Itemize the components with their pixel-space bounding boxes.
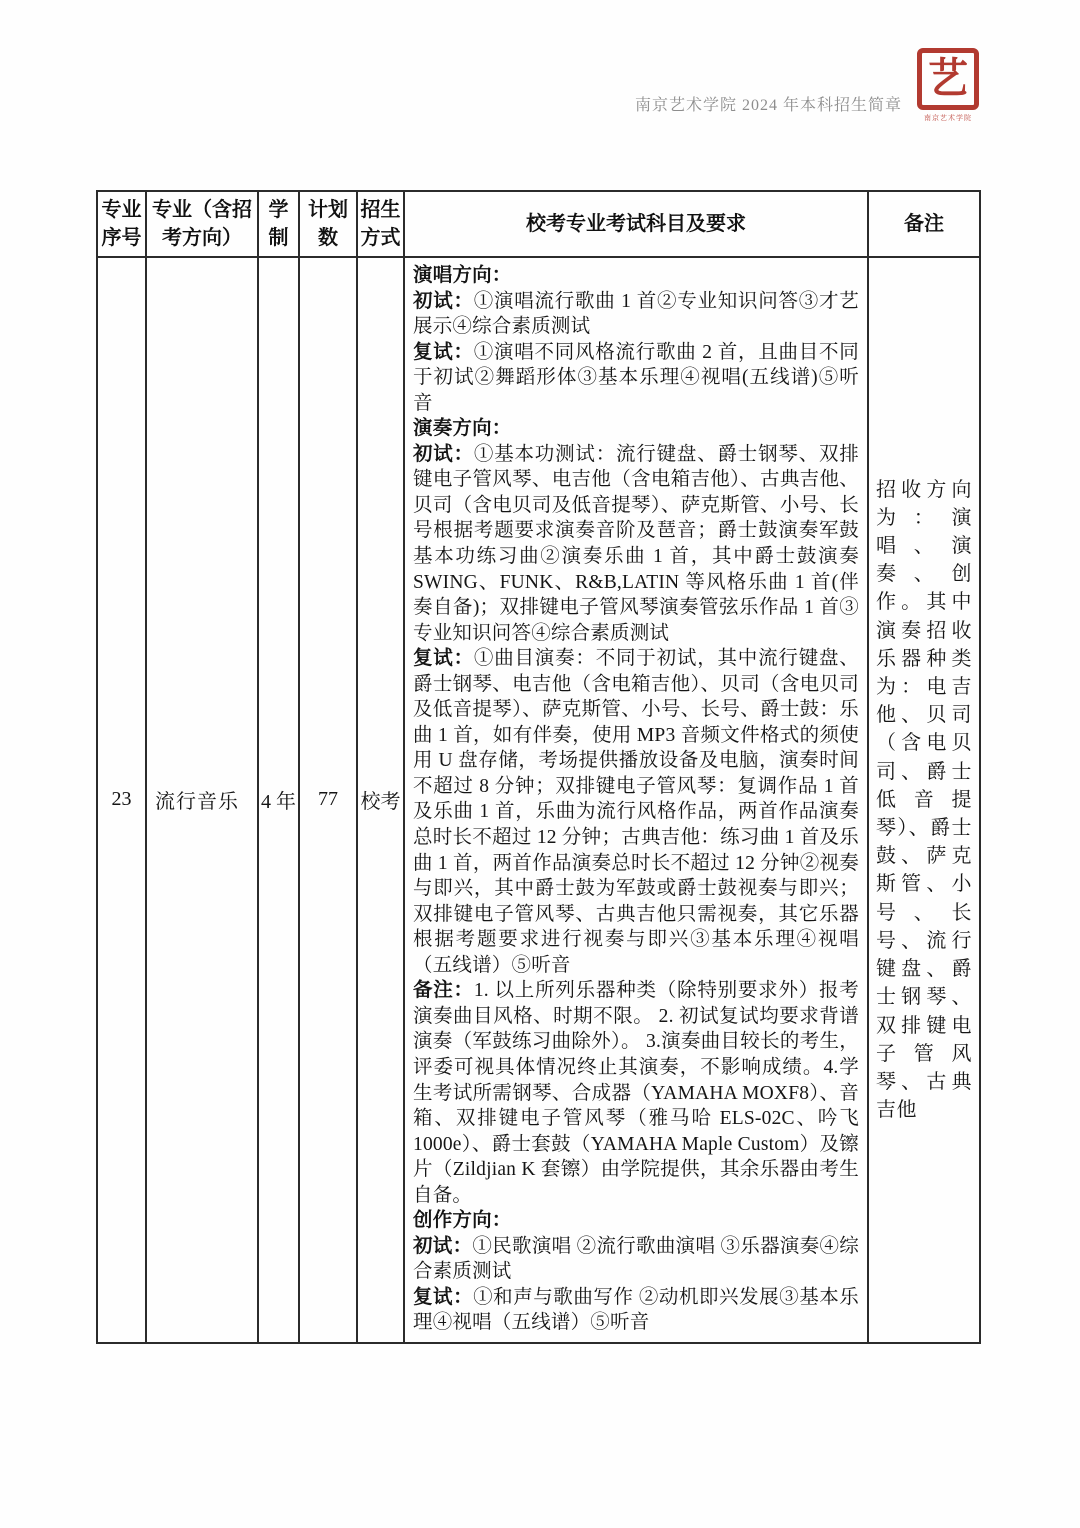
document-title: 南京艺术学院 2024 年本科招生简章 [635,92,902,115]
admission-table: 专业 序号 专业（含招 考方向） 学 制 计划 数 招生 方式 校考专业考试科目… [96,190,981,1344]
table-row: 23 流行音乐 4 年 77 校考 演唱方向：初试：①演唱流行歌曲 1 首②专业… [97,257,980,1343]
document-page: 南京艺术学院 2024 年本科招生简章 艺 南京艺术学院 专业 序号 专业（含招… [0,0,1080,1528]
cell-admission-method: 校考 [357,257,404,1343]
exam-paragraph: 演唱方向： [413,263,859,289]
document-header: 南京艺术学院 2024 年本科招生简章 艺 南京艺术学院 [635,48,982,123]
exam-paragraph: 复试：①演唱不同风格流行歌曲 2 首，且曲目不同于初试②舞蹈形体③基本乐理④视唱… [413,340,859,417]
exam-paragraph: 备注：1. 以上所列乐器种类（除特别要求外）报考演奏曲目风格、时期不限。 2. … [413,978,859,1208]
remarks-text: 招收方向为：演唱、演奏、创作。其中演奏招收乐器种类为：电吉他、贝司（含电贝司、爵… [876,476,972,1125]
header-plan-count: 计划 数 [299,191,357,257]
cell-duration: 4 年 [258,257,299,1343]
exam-paragraph: 复试：①曲目演奏：不同于初试，其中流行键盘、爵士钢琴、电吉他（含电箱吉他）、贝司… [413,646,859,978]
exam-paragraph: 创作方向： [413,1208,859,1234]
cell-exam-requirements: 演唱方向：初试：①演唱流行歌曲 1 首②专业知识问答③才艺展示④综合素质测试复试… [404,257,868,1343]
header-major-name: 专业（含招 考方向） [146,191,258,257]
cell-major-no: 23 [97,257,146,1343]
table-header-row: 专业 序号 专业（含招 考方向） 学 制 计划 数 招生 方式 校考专业考试科目… [97,191,980,257]
nua-seal-logo: 艺 南京艺术学院 [914,48,982,123]
exam-paragraph: 复试：①和声与歌曲写作 ②动机即兴发展③基本乐理④视唱（五线谱）⑤听音 [413,1285,859,1336]
header-admission: 招生 方式 [357,191,404,257]
header-duration: 学 制 [258,191,299,257]
seal-caption: 南京艺术学院 [924,113,972,123]
exam-paragraph: 初试：①民歌演唱 ②流行歌曲演唱 ③乐器演奏④综合素质测试 [413,1234,859,1285]
cell-plan-count: 77 [299,257,357,1343]
exam-requirements-text: 演唱方向：初试：①演唱流行歌曲 1 首②专业知识问答③才艺展示④综合素质测试复试… [413,263,859,1336]
cell-remarks: 招收方向为：演唱、演奏、创作。其中演奏招收乐器种类为：电吉他、贝司（含电贝司、爵… [868,257,980,1343]
seal-border: 艺 [917,48,979,110]
exam-paragraph: 演奏方向： [413,416,859,442]
exam-paragraph: 初试：①基本功测试：流行键盘、爵士钢琴、双排键电子管风琴、电吉他（含电箱吉他）、… [413,442,859,646]
cell-major-name: 流行音乐 [146,257,258,1343]
seal-glyph-icon: 艺 [928,58,968,100]
header-major-no: 专业 序号 [97,191,146,257]
header-remarks: 备注 [868,191,980,257]
exam-paragraph: 初试：①演唱流行歌曲 1 首②专业知识问答③才艺展示④综合素质测试 [413,289,859,340]
header-exam-subjects: 校考专业考试科目及要求 [404,191,868,257]
